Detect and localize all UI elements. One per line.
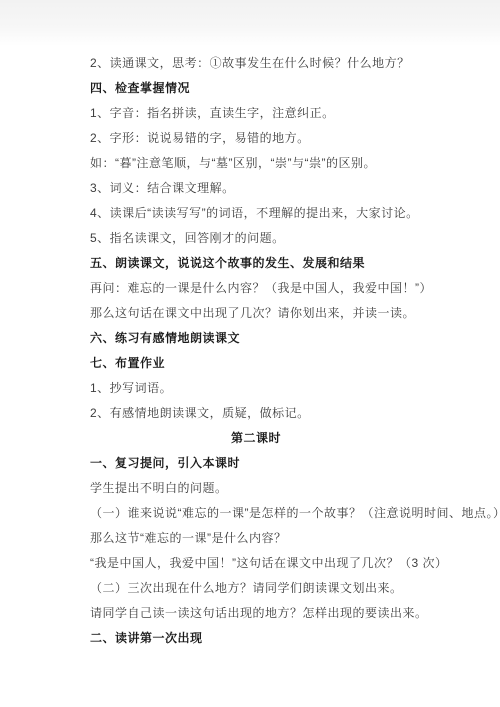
text-line: 学生提出不明白的问题。 <box>90 481 422 495</box>
heading-line: 一、复习提问，引入本课时 <box>90 456 422 470</box>
heading-line: 第二课时 <box>90 431 422 445</box>
text-line: 1、字音：指名拼读，直读生字，注意纠正。 <box>90 106 422 120</box>
heading-line: 六、练习有感情地朗读课文 <box>90 331 422 345</box>
text-line: 如：“暮”注意笔顺，与“墓”区别，“崇”与“祟”的区别。 <box>90 156 422 170</box>
document-page: 2、读通课文，思考：①故事发生在什么时候？什么地方？四、检查掌握情况1、字音：指… <box>0 0 500 707</box>
text-line: “我是中国人，我爱中国！”这句话在课文中出现了几次？（3 次） <box>90 556 422 570</box>
text-line: 5、指名读课文，回答刚才的问题。 <box>90 231 422 245</box>
heading-line: 四、检查掌握情况 <box>90 81 422 95</box>
page-top-shadow <box>0 0 500 46</box>
text-line: 3、词义：结合课文理解。 <box>90 181 422 195</box>
text-line: 2、读通课文，思考：①故事发生在什么时候？什么地方？ <box>90 56 422 70</box>
text-line: 请同学自己读一读这句话出现的地方？怎样出现的要读出来。 <box>90 606 422 620</box>
text-line: 2、有感情地朗读课文，质疑，做标记。 <box>90 406 422 420</box>
text-line: 4、读课后“读读写写”的词语，不理解的提出来，大家讨论。 <box>90 206 422 220</box>
text-line: （一）谁来说说“难忘的一课”是怎样的一个故事？（注意说明时间、地点。） <box>90 506 422 520</box>
text-line: 那么这句话在课文中出现了几次？请你划出来，并读一读。 <box>90 306 422 320</box>
document-body: 2、读通课文，思考：①故事发生在什么时候？什么地方？四、检查掌握情况1、字音：指… <box>90 56 422 656</box>
text-line: 那么这节“难忘的一课”是什么内容？ <box>90 531 422 545</box>
heading-line: 五、朗读课文，说说这个故事的发生、发展和结果 <box>90 256 422 270</box>
text-line: 1、抄写词语。 <box>90 381 422 395</box>
text-line: 2、字形：说说易错的字，易错的地方。 <box>90 131 422 145</box>
text-line: 再问：难忘的一课是什么内容？（我是中国人，我爱中国！”） <box>90 281 422 295</box>
text-line: （二）三次出现在什么地方？请同学们朗读课文划出来。 <box>90 581 422 595</box>
heading-line: 二、读讲第一次出现 <box>90 631 422 645</box>
heading-line: 七、布置作业 <box>90 356 422 370</box>
